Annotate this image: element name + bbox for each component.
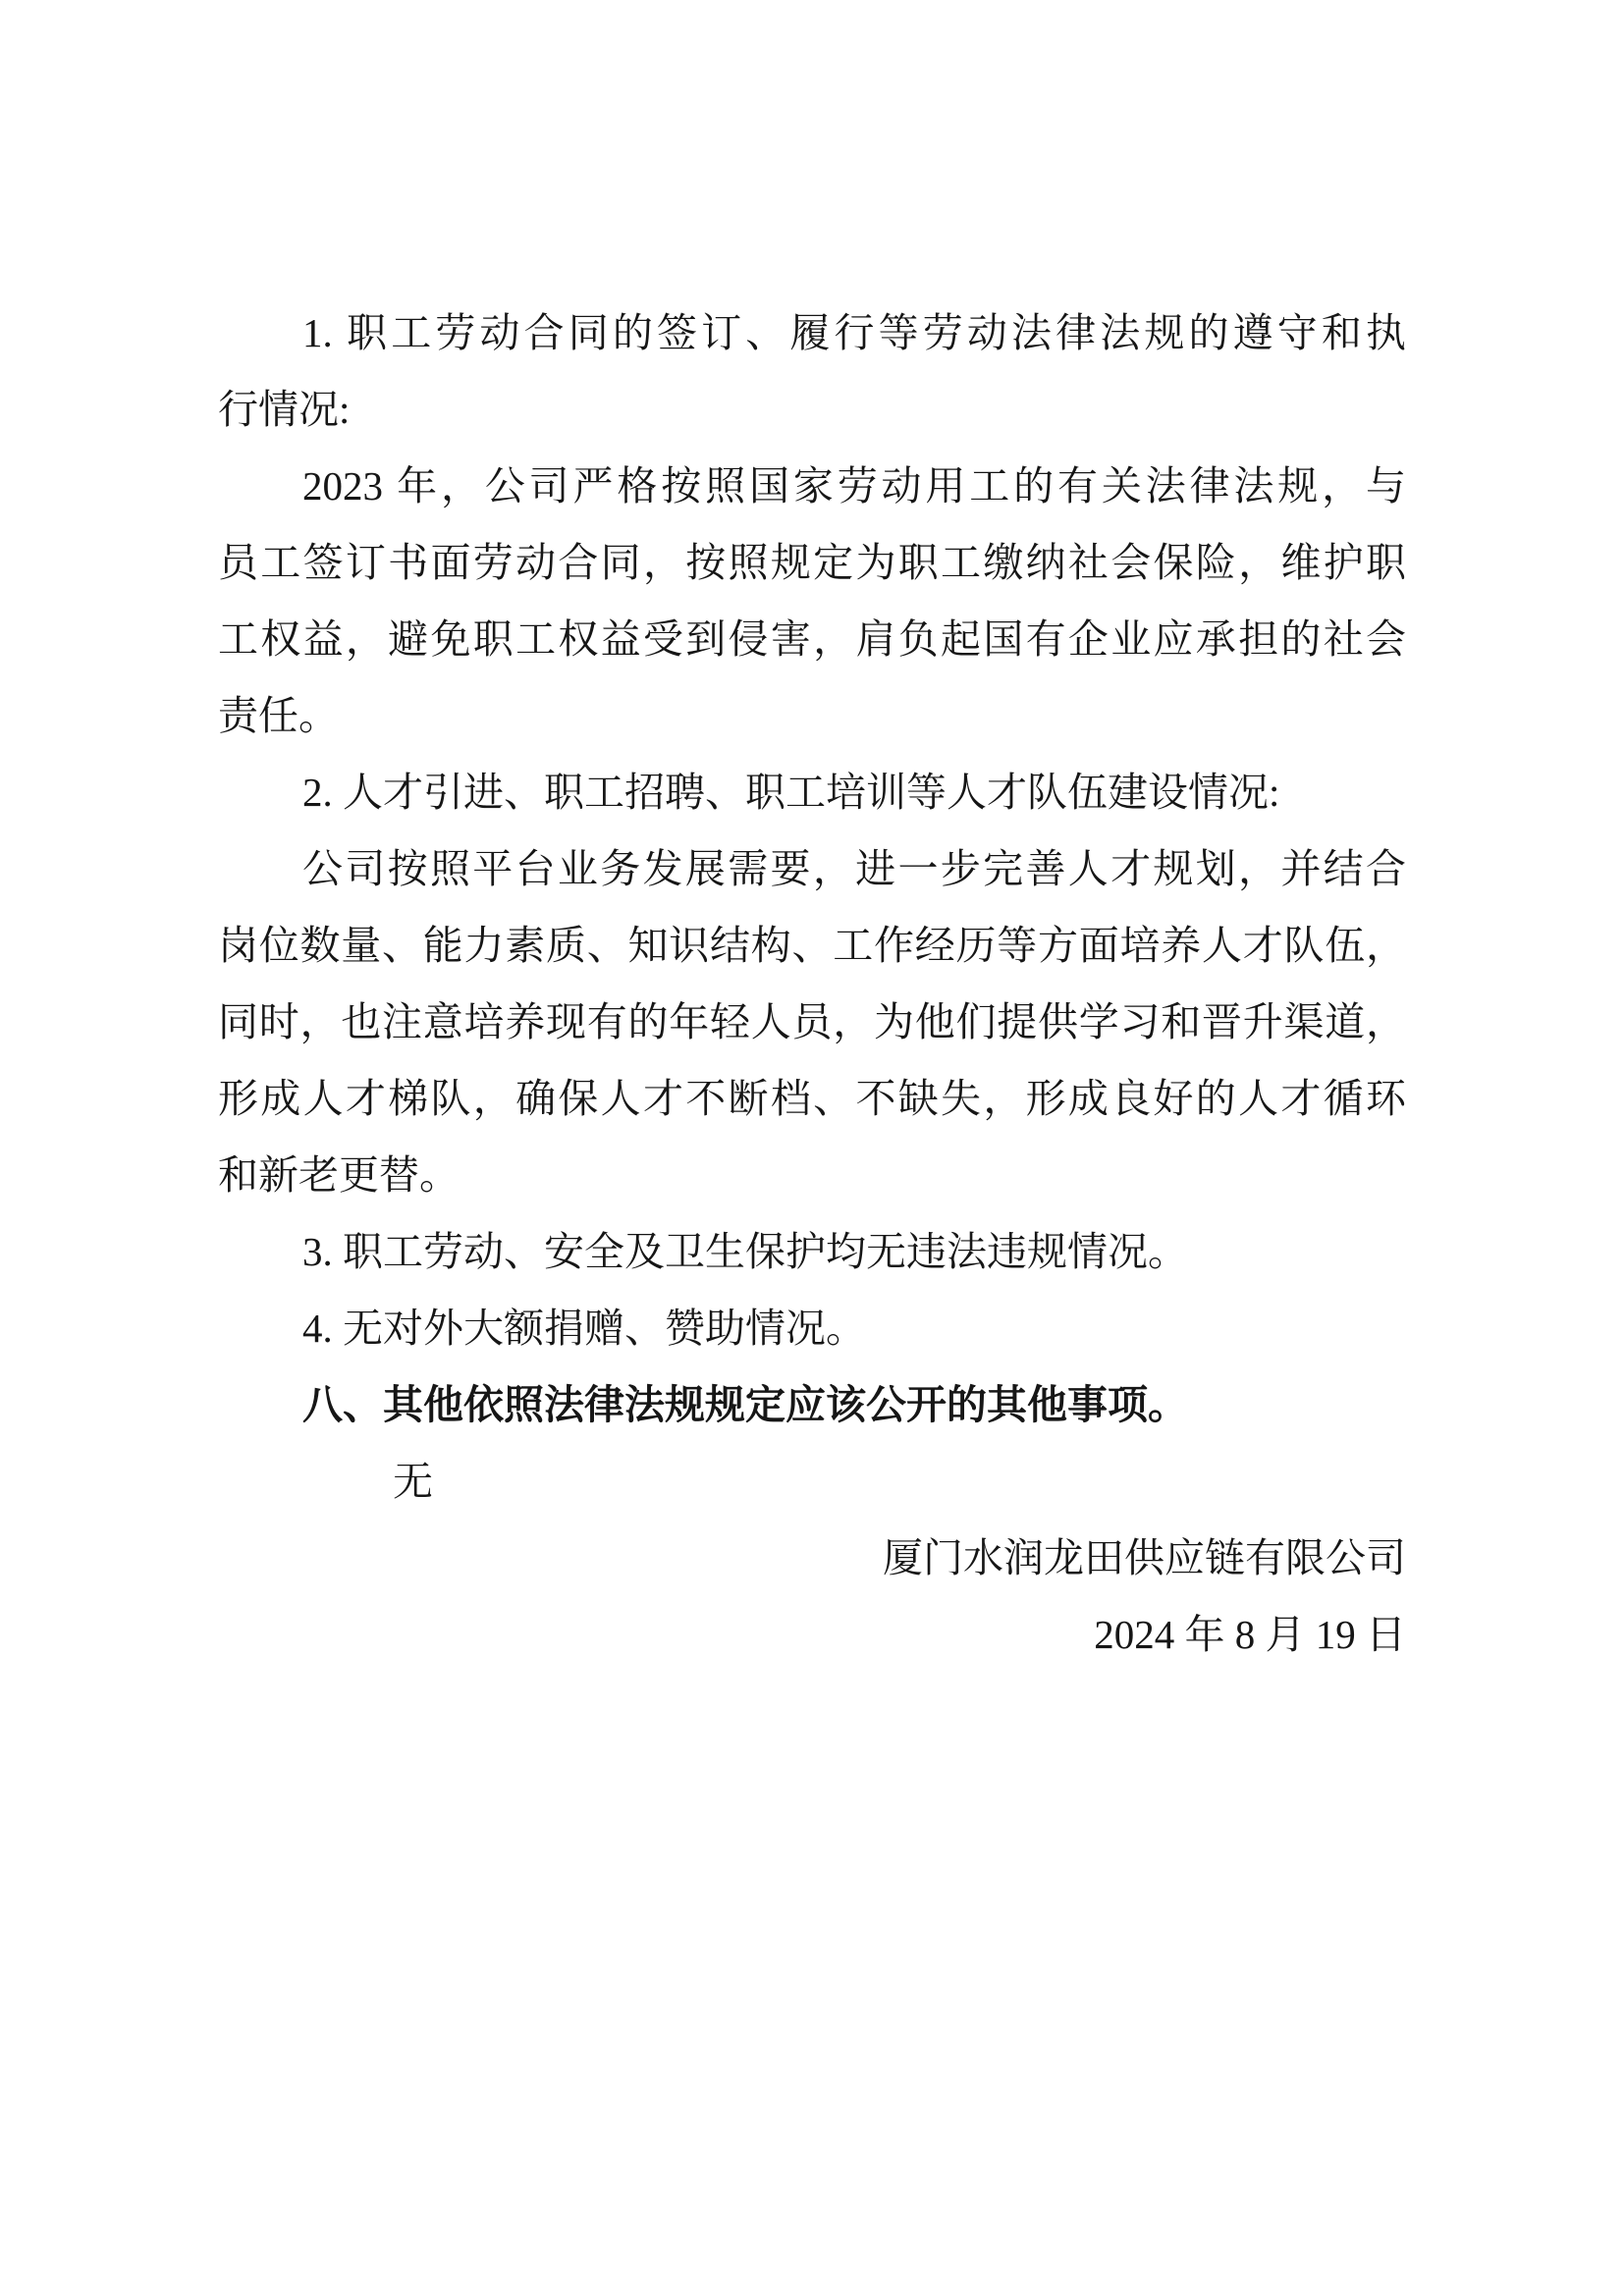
document-body: 1. 职工劳动合同的签订、履行等劳动法律法规的遵守和执 行情况: 2023 年，… — [218, 294, 1406, 1673]
company-signature: 厦门水润龙田供应链有限公司 — [218, 1520, 1406, 1596]
body-line: 公司按照平台业务发展需要，进一步完善人才规划，并结合 — [218, 830, 1406, 907]
none-placeholder: 无 — [218, 1443, 1406, 1520]
body-line: 责任。 — [218, 677, 1406, 754]
body-line: 行情况: — [218, 371, 1406, 448]
body-line: 员工签订书面劳动合同，按照规定为职工缴纳社会保险，维护职 — [218, 524, 1406, 601]
body-line: 形成人才梯队，确保人才不断档、不缺失，形成良好的人才循环 — [218, 1060, 1406, 1137]
body-line: 3. 职工劳动、安全及卫生保护均无违法违规情况。 — [218, 1213, 1406, 1290]
signature-date: 2024 年 8 月 19 日 — [218, 1596, 1406, 1673]
body-line: 同时，也注意培养现有的年轻人员，为他们提供学习和晋升渠道， — [218, 984, 1406, 1060]
body-line: 岗位数量、能力素质、知识结构、工作经历等方面培养人才队伍， — [218, 907, 1406, 984]
body-line: 工权益，避免职工权益受到侵害，肩负起国有企业应承担的社会 — [218, 601, 1406, 677]
body-line: 和新老更替。 — [218, 1137, 1406, 1213]
body-line: 4. 无对外大额捐赠、赞助情况。 — [218, 1290, 1406, 1366]
section-heading: 八、其他依照法律法规规定应该公开的其他事项。 — [218, 1366, 1406, 1443]
body-line: 2. 人才引进、职工招聘、职工培训等人才队伍建设情况: — [218, 754, 1406, 830]
body-line: 1. 职工劳动合同的签订、履行等劳动法律法规的遵守和执 — [218, 294, 1406, 371]
body-line: 2023 年，公司严格按照国家劳动用工的有关法律法规，与 — [218, 448, 1406, 524]
document-page: 1. 职工劳动合同的签订、履行等劳动法律法规的遵守和执 行情况: 2023 年，… — [0, 0, 1624, 2296]
